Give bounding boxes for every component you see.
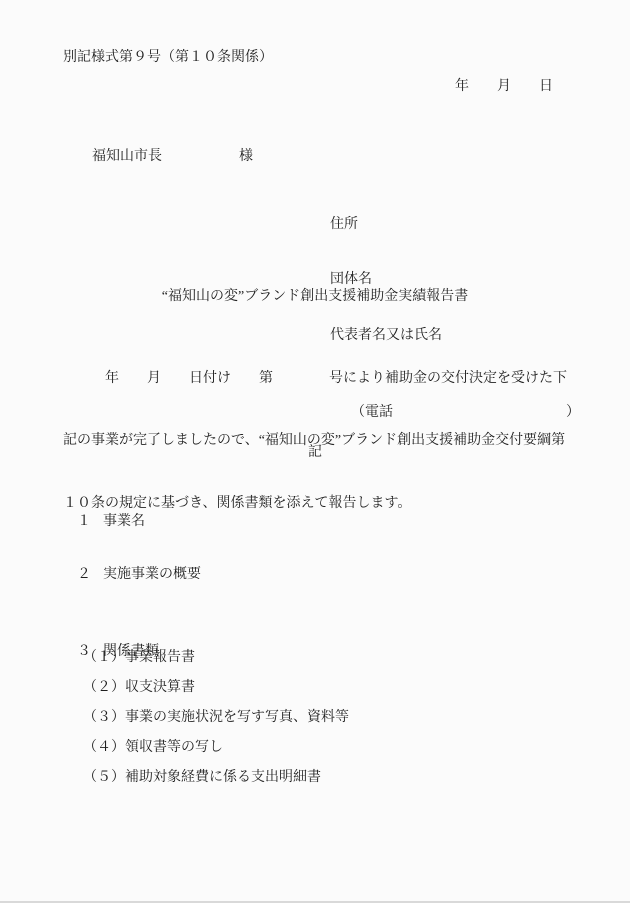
- document-title: “福知山の変”ブランド創出支援補助金実績報告書: [0, 285, 630, 305]
- record-marker: 記: [0, 441, 630, 461]
- addressee-name: 福知山市長: [92, 149, 162, 164]
- item-project-outline: ２実施事業の概要: [63, 547, 201, 599]
- applicant-address-label: 住所: [330, 214, 580, 236]
- document-page: 別記様式第９号（第１０条関係） 年 月 日 福知山市長様 住所 団体名 代表者名…: [0, 0, 630, 903]
- sub-item-business-report: （１）事業報告書: [83, 643, 349, 673]
- item-number: ２: [77, 563, 103, 583]
- form-number: 別記様式第９号（第１０条関係）: [63, 50, 273, 67]
- item-project-name: １事業名: [63, 494, 145, 546]
- date-line: 年 月 日: [455, 79, 553, 96]
- body-line: 年 月 日付け 第 号により補助金の交付決定を受けた下: [63, 364, 575, 393]
- sub-item-expense-detail: （５）補助対象経費に係る支出明細書: [83, 763, 349, 793]
- sub-item-receipt-copies: （４）領収書等の写し: [83, 733, 349, 763]
- sub-item-photos-materials: （３）事業の実施状況を写す写真、資料等: [83, 703, 349, 733]
- addressee-line: 福知山市長様: [78, 132, 253, 182]
- sub-item-financial-statement: （２）収支決算書: [83, 673, 349, 703]
- item-label: 実施事業の概要: [103, 567, 201, 582]
- related-documents-list: （１）事業報告書 （２）収支決算書 （３）事業の実施状況を写す写真、資料等 （４…: [83, 643, 349, 793]
- item-number: １: [77, 510, 103, 530]
- addressee-honorific: 様: [239, 149, 253, 164]
- item-label: 事業名: [103, 514, 145, 529]
